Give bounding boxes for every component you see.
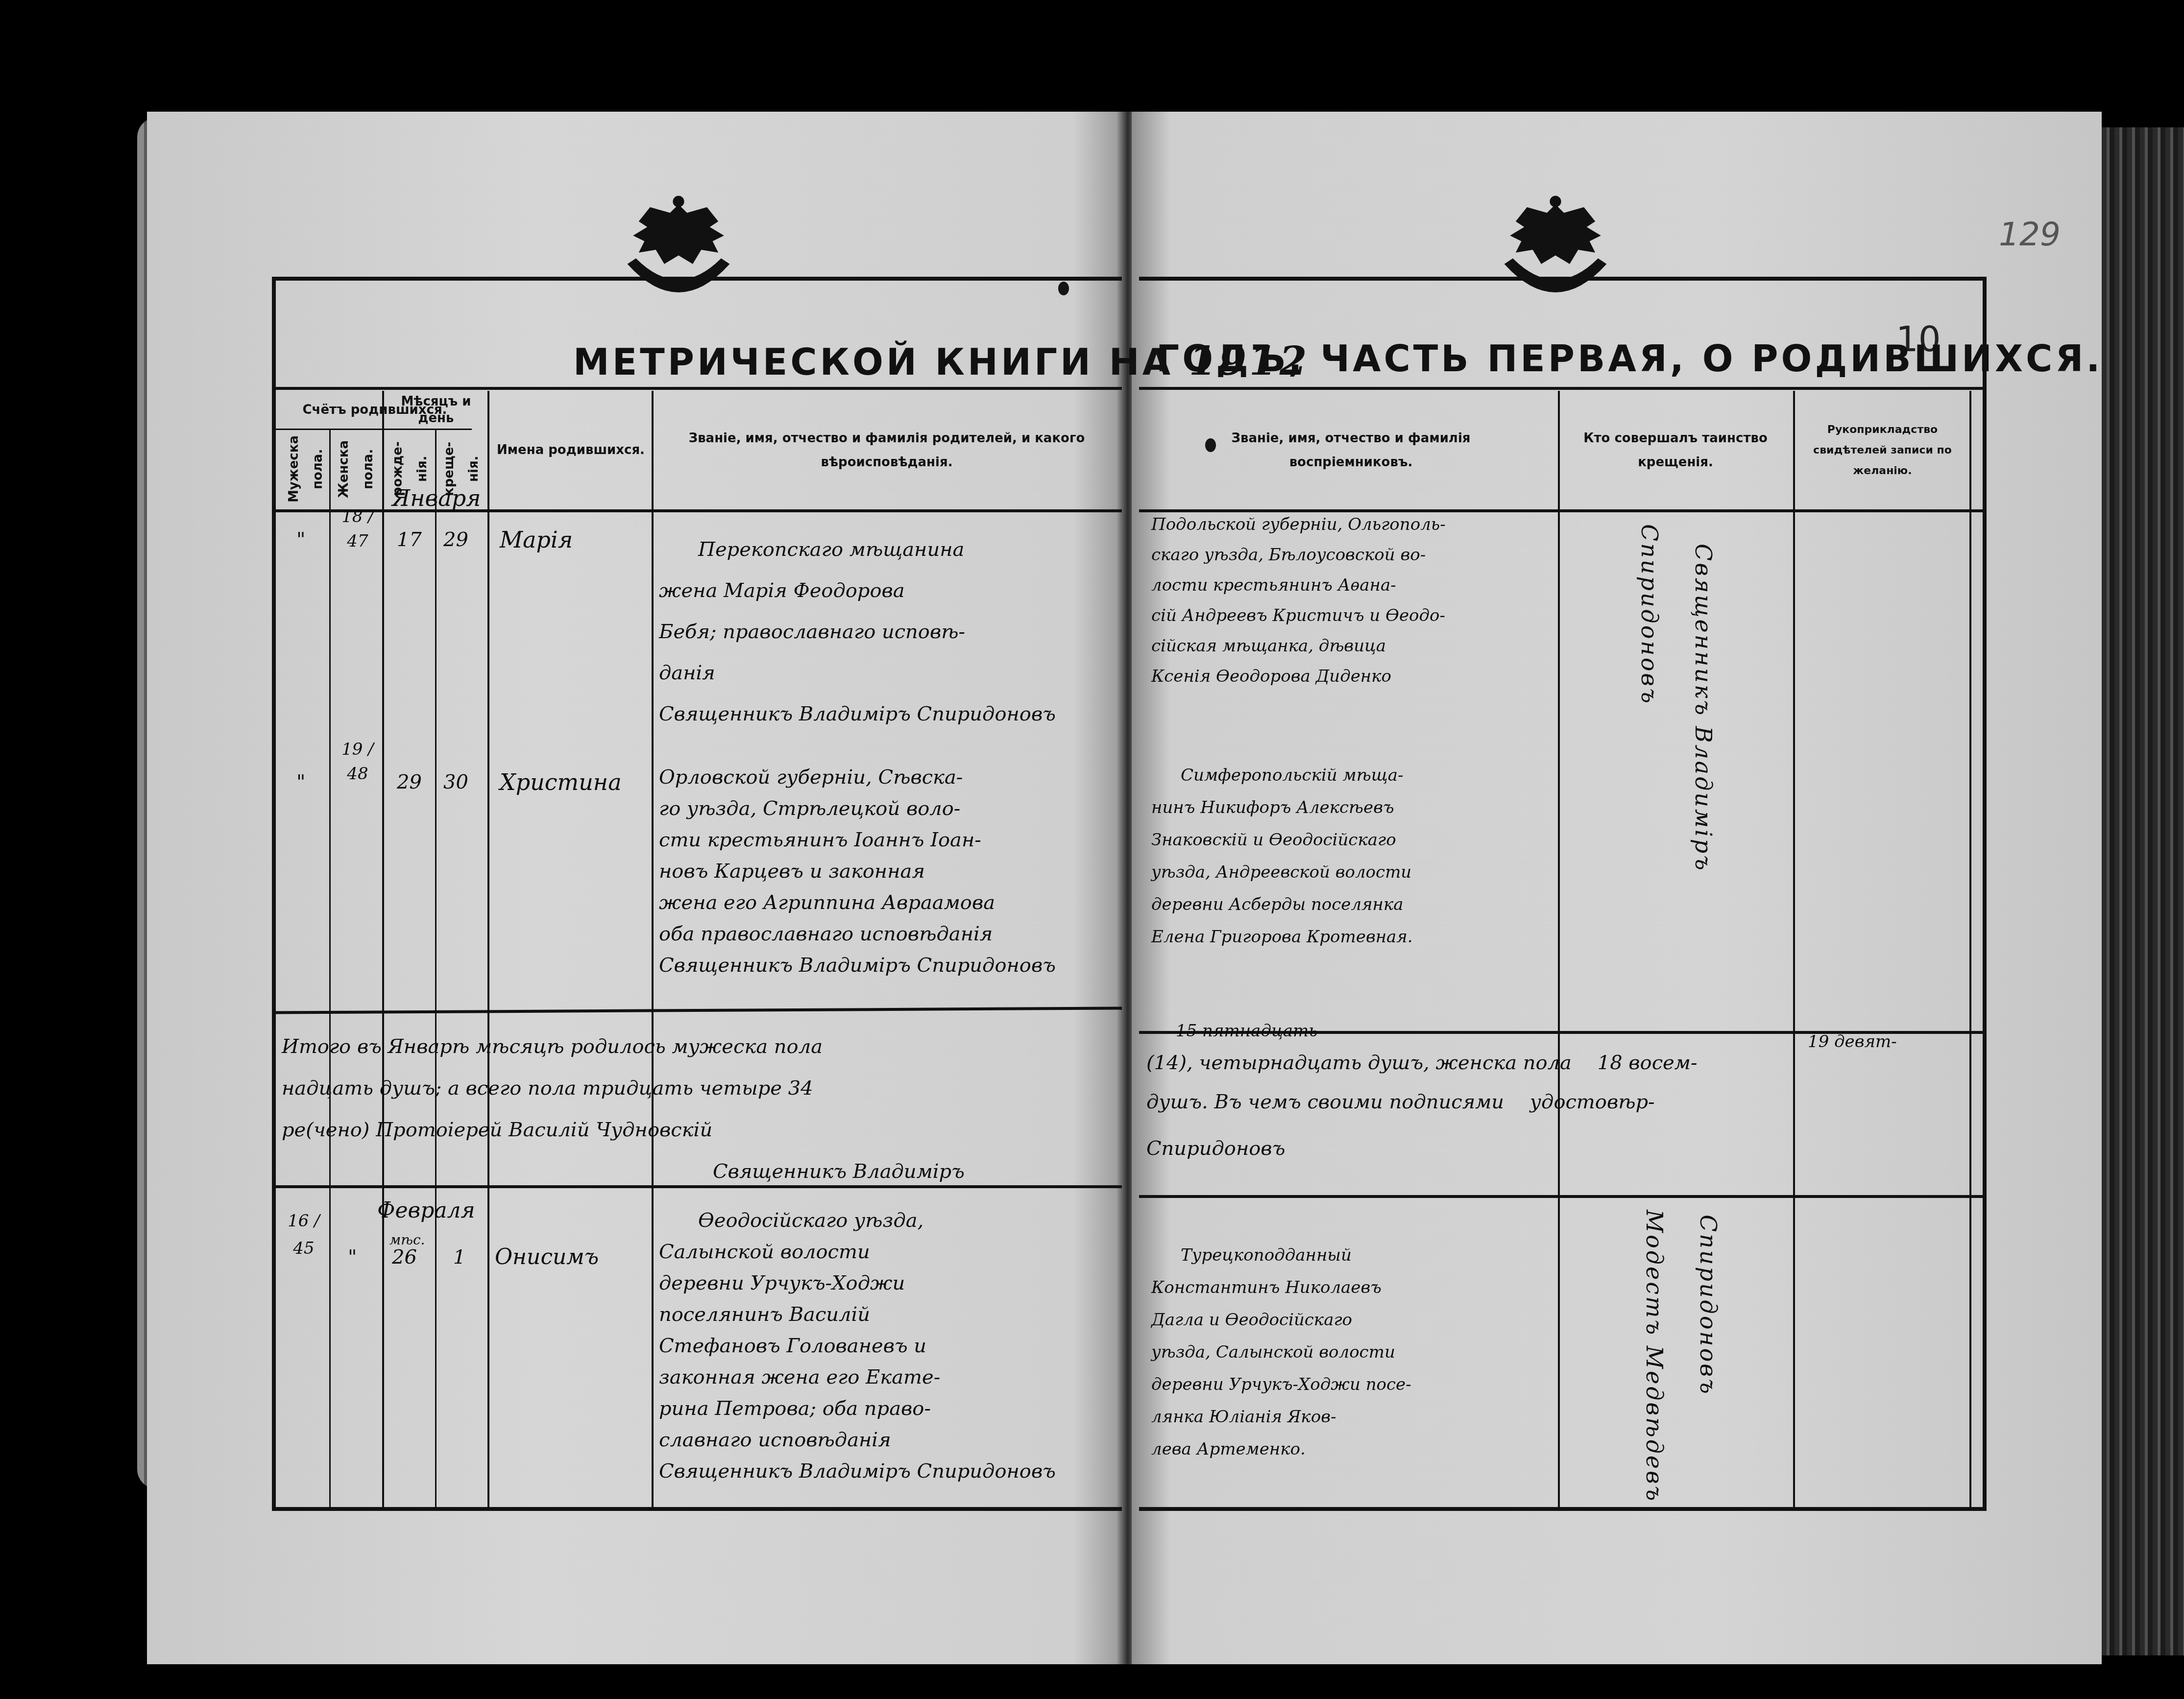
entry3-female-no: "	[348, 1237, 357, 1278]
entry1-female-no: 18 / 47	[340, 504, 375, 553]
summary-signature: Священникъ Владиміръ	[282, 1151, 1115, 1193]
entry3-godparents: Турецкоподданный Константинъ Николаевъ Д…	[1151, 1239, 1553, 1465]
entry1-male-no: "	[296, 519, 305, 560]
priest-vertical-line1: Священникъ Владиміръ	[1690, 544, 1717, 1009]
col-divider	[435, 429, 437, 1511]
col-divider	[1793, 391, 1795, 1511]
text-line: Салынской волости	[659, 1236, 1115, 1268]
text-line: Стефановъ Голованевъ и	[659, 1330, 1115, 1362]
text-line: лева Артеменко.	[1151, 1433, 1553, 1465]
header-witnesses: Рукоприкладство свидѣтелей записи по жел…	[1796, 392, 1969, 509]
summary-text: душъ. Въ чемъ своими подписями	[1146, 1091, 1504, 1113]
text-line: уѣзда, Андреевской волости	[1151, 856, 1553, 888]
entry1-baptism-day: 29	[443, 519, 468, 560]
title-right: ГОДЪ, ЧАСТЬ ПЕРВАЯ, О РОДИВШИХСЯ.	[1156, 338, 2103, 380]
text-line: сійская мѣщанка, дѣвица	[1151, 631, 1553, 661]
folio-number: 129	[1999, 215, 2061, 253]
text-line: сти крестьянинъ Іоаннъ Іоан-	[659, 824, 1115, 856]
entry3-priest-vertical-line1: Спиридоновъ	[1695, 1215, 1722, 1508]
entry2-parents: Орловской губерніи, Сѣвска- го уѣзда, Ст…	[659, 762, 1115, 981]
text-line: жена его Агриппина Авраамова	[659, 887, 1115, 918]
text-line: Турецкоподданный	[1151, 1239, 1553, 1271]
text-line: данія	[659, 652, 1115, 694]
text-line: деревни Урчукъ-Ходжи	[659, 1268, 1115, 1299]
entry2-name: Христина	[500, 762, 622, 803]
header-female: Женска пола.	[333, 431, 380, 507]
summary-line: душъ. Въ чемъ своими подписями удостовѣр…	[1146, 1082, 2018, 1122]
text-line: Знаковскій и Ѳеодосійскаго	[1151, 824, 1553, 856]
summary-female-count: 18 восем-	[1598, 1052, 1698, 1074]
text-line: законная жена его Екате-	[659, 1362, 1115, 1393]
header-male: Мужеска пола.	[284, 431, 328, 507]
text-line: уѣзда, Салынской волости	[1151, 1336, 1553, 1368]
book-page-edges-right	[2102, 127, 2184, 1655]
text-line: деревни Урчукъ-Ходжи посе-	[1151, 1368, 1553, 1401]
entry2-godparents: Симферопольскій мѣща- нинъ Никифоръ Алек…	[1151, 759, 1553, 953]
summary-left: Итого въ Январѣ мѣсяцѣ родилось мужеска …	[282, 1026, 1115, 1193]
text-line: лости крестьянинъ Аѳана-	[1151, 570, 1553, 600]
text-line: скаго уѣзда, Бѣлоусовской во-	[1151, 540, 1553, 570]
month-label-january: Января	[392, 478, 481, 519]
col-divider	[1558, 391, 1560, 1511]
entry1-birth-day: 17	[397, 519, 422, 560]
summary-text: удостовѣр-	[1530, 1091, 1655, 1113]
text-line: Константинъ Николаевъ	[1151, 1271, 1553, 1304]
text-line: Ксенія Ѳеодорова Диденко	[1151, 661, 1553, 692]
text-line: сій Андреевъ Кристичъ и Ѳеодо-	[1151, 600, 1553, 631]
text-line: оба православнаго исповѣданія	[659, 918, 1115, 950]
entry1-godparents: Подольской губерніи, Ольгополь- скаго уѣ…	[1151, 509, 1553, 692]
text-line: поселянинъ Василій	[659, 1299, 1115, 1330]
binding-hole	[1205, 438, 1216, 452]
header-parents: Званіе, имя, отчество и фамилія родителе…	[659, 392, 1115, 509]
text-line: Перекопскаго мѣщанина	[659, 529, 1115, 570]
header-top-rule-left	[276, 387, 1122, 390]
text-line: Елена Григорова Кротевная.	[1151, 921, 1553, 953]
entry1-parents: Перекопскаго мѣщанина жена Марія Феодоро…	[659, 529, 1115, 735]
text-line: Бебя; православнаго исповѣ-	[659, 611, 1115, 652]
text-line: Подольской губерніи, Ольгополь-	[1151, 509, 1553, 540]
priest-vertical-line2: Спиридоновъ	[1636, 524, 1663, 989]
col-divider	[652, 391, 654, 1511]
text-line: Ѳеодосійскаго уѣзда,	[659, 1205, 1115, 1236]
text-line: жена Марія Феодорова	[659, 570, 1115, 611]
entry3-name: Онисимъ	[495, 1237, 599, 1278]
header-top-rule-right	[1139, 387, 1983, 390]
text-line: го уѣзда, Стрѣлецкой воло-	[659, 793, 1115, 824]
binding-hole	[1058, 282, 1069, 295]
text-line: рина Петрова; оба право-	[659, 1393, 1115, 1424]
summary-text: (14), четырнадцать душъ, женска пола	[1146, 1052, 1572, 1074]
text-line: деревни Асберды поселянка	[1151, 888, 1553, 921]
summary-line: надцать душъ; а всего пола тридцать четы…	[282, 1068, 1115, 1109]
text-line: лянка Юліанія Яков-	[1151, 1401, 1553, 1433]
entry1-name: Марія	[500, 519, 573, 560]
summary-line: Итого въ Январѣ мѣсяцѣ родилось мужеска …	[282, 1026, 1115, 1068]
entry2-baptism-day: 30	[443, 762, 468, 803]
priest-signature: Священникъ Владиміръ Спиридоновъ	[659, 1456, 1115, 1487]
entry3-birth-day: 26	[392, 1237, 417, 1278]
witness-count-nine: 19 девят-	[1808, 1021, 1897, 1062]
title-left-text: МЕТРИЧЕСКОЙ КНИГИ НА	[573, 341, 1173, 383]
text-line: Орловской губерніи, Сѣвска-	[659, 762, 1115, 793]
entry3-baptism-day: 1	[453, 1237, 465, 1278]
summary-signature: Спиридоновъ	[1146, 1122, 2018, 1175]
entry3-parents: Ѳеодосійскаго уѣзда, Салынской волости д…	[659, 1205, 1115, 1487]
entry3-priest-vertical-line2: Модестъ Медвѣдевъ	[1641, 1210, 1668, 1504]
header-priest: Кто совершалъ таинство крещенія.	[1560, 392, 1791, 509]
entry2-female-no: 19 / 48	[340, 737, 375, 786]
text-line: славнаго исповѣданія	[659, 1424, 1115, 1456]
priest-signature: Священникъ Владиміръ Спиридоновъ	[659, 694, 1115, 735]
subheader-rule	[276, 429, 472, 430]
text-line: Дагла и Ѳеодосійскаго	[1151, 1304, 1553, 1336]
col-divider	[1969, 391, 1971, 1511]
row-separator	[1139, 1195, 1983, 1198]
header-names: Имена родившихся.	[490, 392, 652, 509]
text-line: Симферопольскій мѣща-	[1151, 759, 1553, 791]
col-divider	[329, 429, 331, 1511]
col-divider	[382, 391, 384, 1511]
text-line: нинъ Никифоръ Алексѣевъ	[1151, 791, 1553, 824]
text-line: новъ Карцевъ и законная	[659, 856, 1115, 887]
entry2-birth-day: 29	[397, 762, 422, 803]
header-month-day: Мѣсяцъ и день	[385, 392, 487, 429]
entry2-male-no: "	[296, 762, 305, 803]
priest-signature: Священникъ Владиміръ Спиридоновъ	[659, 950, 1115, 981]
col-divider	[487, 391, 489, 1511]
entry3-male-no: 16 / 45	[282, 1207, 326, 1262]
summary-line: ре(чено) Протоіерей Василій Чудновскій	[282, 1109, 1115, 1151]
